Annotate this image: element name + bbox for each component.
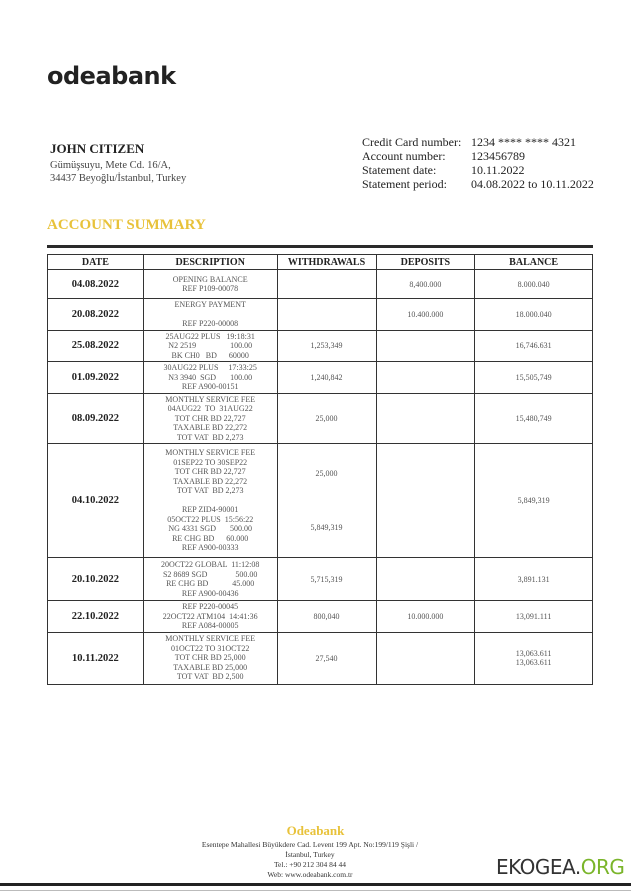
footer-address-line2: İstanbul, Turkey — [160, 850, 460, 860]
cell-withdrawals: 1,240,842 — [277, 362, 376, 394]
description-line: REF P109-00078 — [144, 284, 277, 294]
account-info-row: Statement period:04.08.2022 to 10.11.202… — [362, 177, 594, 191]
description-line: NG 4331 SGD 500.00 — [144, 524, 277, 534]
table-row: 20.10.202220OCT22 GLOBAL 11:12:08S2 8689… — [48, 558, 593, 601]
cell-description: 30AUG22 PLUS 17:33:25N3 3940 SGD 100.00R… — [143, 362, 277, 394]
cell-balance: 16,746.631 — [475, 330, 593, 362]
cell-date: 20.10.2022 — [48, 558, 144, 601]
footer-divider-thin — [0, 890, 631, 891]
cell-deposits — [376, 362, 475, 394]
cell-description: REF P220-0004522OCT22 ATM104 14:41:36REF… — [143, 601, 277, 633]
description-line: REF A900-00436 — [144, 589, 277, 599]
cell-date: 04.10.2022 — [48, 444, 144, 558]
description-line: TOT CHR BD 22,727 — [144, 467, 277, 477]
col-header-deposits: DEPOSITS — [376, 255, 475, 270]
footer-phone: Tel.: +90 212 304 84 44 — [160, 860, 460, 870]
description-line: TOT VAT BD 2,273 — [144, 486, 277, 496]
info-value: 04.08.2022 to 10.11.2022 — [471, 177, 594, 191]
cell-withdrawals: 800,040 — [277, 601, 376, 633]
description-line: MONTHLY SERVICE FEE — [144, 448, 277, 458]
description-line: S2 8689 SGD 500.00 — [144, 570, 277, 580]
info-label: Statement period: — [362, 177, 471, 191]
footer-contact: Esentepe Mahallesi Büyükdere Cad. Levent… — [160, 840, 460, 880]
cell-date: 22.10.2022 — [48, 601, 144, 633]
watermark-name: EKOGEA. — [496, 855, 581, 879]
cell-description: MONTHLY SERVICE FEE01SEP22 TO 30SEP22TOT… — [143, 444, 277, 558]
col-header-withdrawals: WITHDRAWALS — [277, 255, 376, 270]
description-line: 20OCT22 GLOBAL 11:12:08 — [144, 560, 277, 570]
cell-balance: 15,505,749 — [475, 362, 593, 394]
description-line: TAXABLE BD 25,000 — [144, 663, 277, 673]
footer-bank-name: Odeabank — [0, 823, 631, 839]
description-line: RE CHG BD 60.000 — [144, 534, 277, 544]
customer-block: JOHN CITIZEN Gümüşsuyu, Mete Cd. 16/A, 3… — [50, 141, 186, 185]
cell-date: 10.11.2022 — [48, 632, 144, 684]
description-line: RE CHG BD 45.000 — [144, 579, 277, 589]
section-divider — [47, 245, 593, 248]
cell-description: OPENING BALANCEREF P109-00078 — [143, 270, 277, 299]
description-line — [144, 496, 277, 506]
table-row: 04.08.2022OPENING BALANCEREF P109-000788… — [48, 270, 593, 299]
info-label: Statement date: — [362, 163, 471, 177]
footer-divider — [0, 883, 631, 886]
transactions-table: DATE DESCRIPTION WITHDRAWALS DEPOSITS BA… — [47, 254, 593, 685]
info-value: 10.11.2022 — [471, 163, 525, 177]
description-line: REF A900-00151 — [144, 382, 277, 392]
footer-web: Web: www.odeabank.com.tr — [160, 870, 460, 880]
cell-date: 20.08.2022 — [48, 299, 144, 331]
description-line: OPENING BALANCE — [144, 275, 277, 285]
description-line — [144, 310, 277, 320]
account-info-row: Statement date:10.11.2022 — [362, 163, 594, 177]
customer-address-line1: Gümüşsuyu, Mete Cd. 16/A, — [50, 159, 186, 172]
info-value: 1234 **** **** 4321 — [471, 135, 576, 149]
cell-balance: 5,849,319 — [475, 444, 593, 558]
description-line: 01SEP22 TO 30SEP22 — [144, 458, 277, 468]
description-line: N3 3940 SGD 100.00 — [144, 373, 277, 383]
cell-description: ENERGY PAYMENT REF P220-00008 — [143, 299, 277, 331]
cell-date: 08.09.2022 — [48, 393, 144, 444]
table-row: 22.10.2022REF P220-0004522OCT22 ATM104 1… — [48, 601, 593, 633]
description-line: 01OCT22 TO 31OCT22 — [144, 644, 277, 654]
cell-withdrawals: 25,000 5,849,319 — [277, 444, 376, 558]
cell-balance: 13,063.611 13,063.611 — [475, 632, 593, 684]
section-title: ACCOUNT SUMMARY — [47, 217, 206, 234]
watermark: EKOGEA.ORG — [496, 855, 624, 879]
cell-date: 25.08.2022 — [48, 330, 144, 362]
cell-description: MONTHLY SERVICE FEE01OCT22 TO 31OCT22TOT… — [143, 632, 277, 684]
description-line: REP ZID4-90001 — [144, 505, 277, 515]
customer-address-line2: 34437 Beyoğlu/İstanbul, Turkey — [50, 172, 186, 185]
table-header-row: DATE DESCRIPTION WITHDRAWALS DEPOSITS BA… — [48, 255, 593, 270]
description-line: BK CH0 BD 60000 — [144, 351, 277, 361]
table-row: 04.10.2022MONTHLY SERVICE FEE01SEP22 TO … — [48, 444, 593, 558]
description-line: REF P220-00045 — [144, 602, 277, 612]
info-value: 123456789 — [471, 149, 525, 163]
table-row: 10.11.2022MONTHLY SERVICE FEE01OCT22 TO … — [48, 632, 593, 684]
customer-name: JOHN CITIZEN — [50, 141, 186, 157]
bank-logo: odeabank — [47, 62, 176, 90]
account-info-row: Credit Card number:1234 **** **** 4321 — [362, 135, 594, 149]
cell-withdrawals — [277, 270, 376, 299]
account-info-row: Account number:123456789 — [362, 149, 594, 163]
description-line: TOT VAT BD 2,500 — [144, 672, 277, 682]
cell-balance: 18.000.040 — [475, 299, 593, 331]
description-line: 22OCT22 ATM104 14:41:36 — [144, 612, 277, 622]
cell-deposits: 10.000.000 — [376, 601, 475, 633]
description-line: 05OCT22 PLUS 15:56:22 — [144, 515, 277, 525]
description-line: TOT VAT BD 2,273 — [144, 433, 277, 443]
cell-withdrawals: 1,253,349 — [277, 330, 376, 362]
cell-deposits — [376, 632, 475, 684]
description-line: 25AUG22 PLUS 19:18:31 — [144, 332, 277, 342]
description-line: REF P220-00008 — [144, 319, 277, 329]
cell-balance: 3,891.131 — [475, 558, 593, 601]
description-line: REF A084-00005 — [144, 621, 277, 631]
col-header-balance: BALANCE — [475, 255, 593, 270]
description-line: MONTHLY SERVICE FEE — [144, 634, 277, 644]
cell-deposits — [376, 330, 475, 362]
table-row: 08.09.2022MONTHLY SERVICE FEE04AUG22 TO … — [48, 393, 593, 444]
cell-deposits — [376, 393, 475, 444]
cell-withdrawals: 27,540 — [277, 632, 376, 684]
cell-balance: 13,091.111 — [475, 601, 593, 633]
cell-balance: 8.000.040 — [475, 270, 593, 299]
cell-date: 01.09.2022 — [48, 362, 144, 394]
cell-description: 20OCT22 GLOBAL 11:12:08S2 8689 SGD 500.0… — [143, 558, 277, 601]
description-line: REF A900-00333 — [144, 543, 277, 553]
description-line: TOT CHR BD 25,000 — [144, 653, 277, 663]
watermark-tld: ORG — [581, 855, 625, 879]
cell-date: 04.08.2022 — [48, 270, 144, 299]
description-line: TAXABLE BD 22,272 — [144, 477, 277, 487]
table-row: 25.08.202225AUG22 PLUS 19:18:31N2 2519 1… — [48, 330, 593, 362]
description-line: 04AUG22 TO 31AUG22 — [144, 404, 277, 414]
cell-deposits: 10.400.000 — [376, 299, 475, 331]
footer-address-line1: Esentepe Mahallesi Büyükdere Cad. Levent… — [160, 840, 460, 850]
col-header-description: DESCRIPTION — [143, 255, 277, 270]
col-header-date: DATE — [48, 255, 144, 270]
cell-withdrawals: 5,715,319 — [277, 558, 376, 601]
description-line: TAXABLE BD 22,272 — [144, 423, 277, 433]
table-row: 20.08.2022ENERGY PAYMENT REF P220-000081… — [48, 299, 593, 331]
description-line: MONTHLY SERVICE FEE — [144, 395, 277, 405]
info-label: Credit Card number: — [362, 135, 471, 149]
cell-withdrawals: 25,000 — [277, 393, 376, 444]
cell-description: MONTHLY SERVICE FEE04AUG22 TO 31AUG22TOT… — [143, 393, 277, 444]
cell-balance: 15,480,749 — [475, 393, 593, 444]
description-line: ENERGY PAYMENT — [144, 300, 277, 310]
description-line: 30AUG22 PLUS 17:33:25 — [144, 363, 277, 373]
description-line: N2 2519 100.00 — [144, 341, 277, 351]
cell-withdrawals — [277, 299, 376, 331]
description-line: TOT CHR BD 22,727 — [144, 414, 277, 424]
table-body: 04.08.2022OPENING BALANCEREF P109-000788… — [48, 270, 593, 685]
cell-deposits: 8,400.000 — [376, 270, 475, 299]
table-row: 01.09.202230AUG22 PLUS 17:33:25N3 3940 S… — [48, 362, 593, 394]
account-info: Credit Card number:1234 **** **** 4321 A… — [362, 135, 594, 191]
info-label: Account number: — [362, 149, 471, 163]
cell-deposits — [376, 558, 475, 601]
cell-description: 25AUG22 PLUS 19:18:31N2 2519 100.00BK CH… — [143, 330, 277, 362]
cell-deposits — [376, 444, 475, 558]
